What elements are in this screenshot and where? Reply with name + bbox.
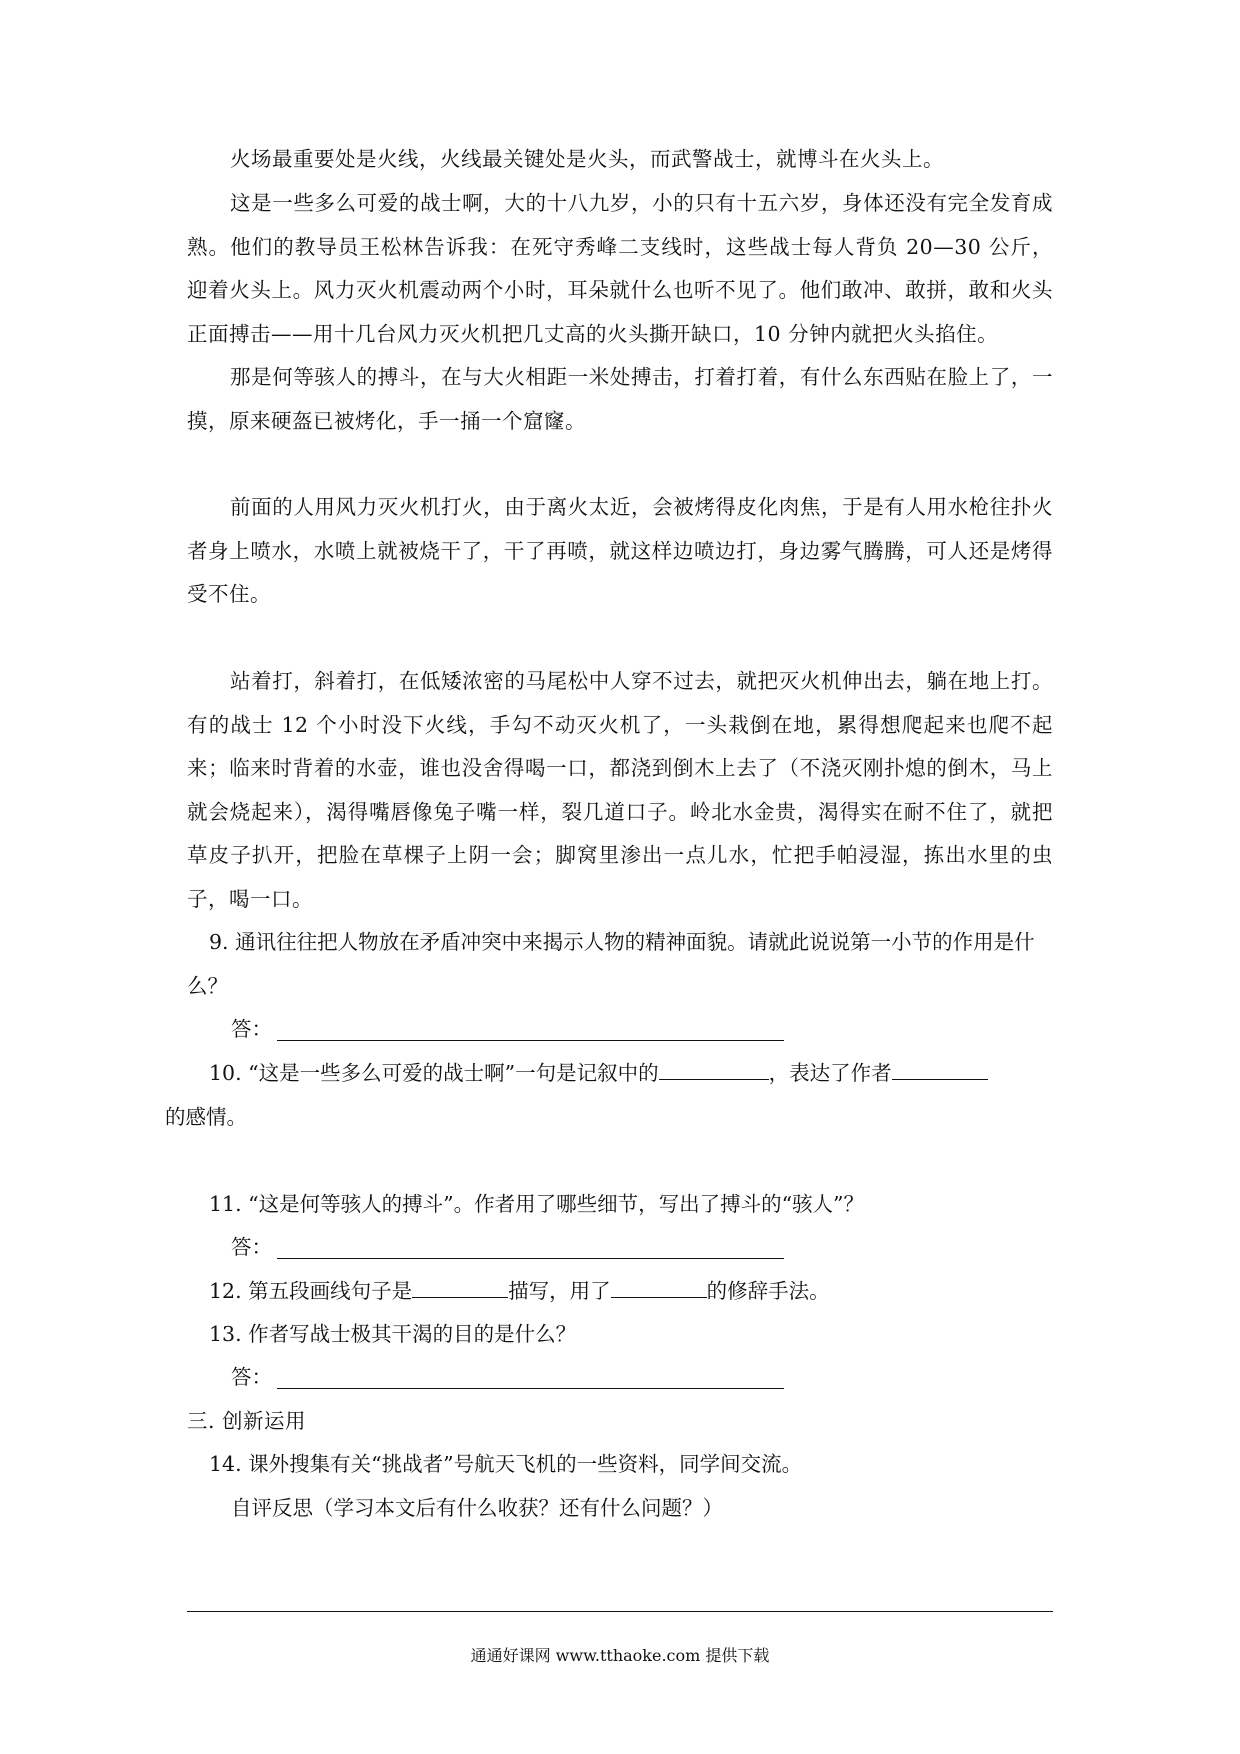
section-3-heading: 三. 创新运用 xyxy=(187,1400,1053,1444)
footer-divider xyxy=(187,1611,1053,1612)
passage-paragraph-5: 站着打，斜着打，在低矮浓密的马尾松中人穿不过去，就把灭火机伸出去，躺在地上打。有… xyxy=(187,660,1053,922)
question-10: 10. “这是一些多么可爱的战士啊”一句是记叙中的，表达了作者的感情。 xyxy=(187,1052,1053,1139)
question-9-answer: 答： xyxy=(231,1008,272,1052)
question-12-part2: 描写，用了 xyxy=(508,1279,611,1303)
passage-paragraph-3: 那是何等骇人的搏斗，在与大火相距一米处搏击，打着打着，有什么东西贴在脸上了，一摸… xyxy=(187,356,1053,443)
question-13: 13. 作者写战士极其干渴的目的是什么？ xyxy=(209,1313,1055,1357)
fill-blank-2[interactable] xyxy=(892,1059,988,1080)
footer-text: 通通好课网 www.tthaoke.com 提供下载 xyxy=(0,1643,1240,1666)
answer-label: 答： xyxy=(231,1017,272,1041)
question-11-answer: 答： xyxy=(231,1226,272,1270)
answer-label: 答： xyxy=(231,1235,272,1259)
question-10-part1: 10. “这是一些多么可爱的战士啊”一句是记叙中的 xyxy=(209,1061,659,1085)
answer-blank-line[interactable] xyxy=(277,1388,784,1389)
question-9: 9. 通讯往往把人物放在矛盾冲突中来揭示人物的精神面貌。请就此说说第一小节的作用… xyxy=(187,921,1053,1008)
answer-blank-line[interactable] xyxy=(277,1258,784,1259)
question-12-part1: 12. 第五段画线句子是 xyxy=(209,1279,412,1303)
question-11: 11. “这是何等骇人的搏斗”。作者用了哪些细节，写出了搏斗的“骇人”？ xyxy=(209,1183,1055,1227)
passage-paragraph-2: 这是一些多么可爱的战士啊，大的十八九岁，小的只有十五六岁，身体还没有完全发育成熟… xyxy=(187,182,1053,356)
question-12-part3: 的修辞手法。 xyxy=(707,1279,830,1303)
question-10-part3: 的感情。 xyxy=(165,1105,247,1129)
question-10-part2: ，表达了作者 xyxy=(769,1061,892,1085)
self-reflection: 自评反思（学习本文后有什么收获？还有什么问题？） xyxy=(231,1487,1077,1531)
question-13-answer: 答： xyxy=(231,1356,272,1400)
answer-blank-line[interactable] xyxy=(277,1040,784,1041)
passage-paragraph-4: 前面的人用风力灭火机打火，由于离火太近，会被烤得皮化肉焦，于是有人用水枪往扑火者… xyxy=(187,486,1053,617)
document-page: 火场最重要处是火线，火线最关键处是火头，而武警战士，就博斗在火头上。 这是一些多… xyxy=(0,0,1240,1754)
question-14: 14. 课外搜集有关“挑战者”号航天飞机的一些资料，同学间交流。 xyxy=(209,1443,1055,1487)
fill-blank-4[interactable] xyxy=(611,1277,707,1298)
answer-label: 答： xyxy=(231,1365,272,1389)
question-12: 12. 第五段画线句子是描写，用了的修辞手法。 xyxy=(209,1270,1055,1314)
fill-blank-1[interactable] xyxy=(659,1059,769,1080)
fill-blank-3[interactable] xyxy=(412,1277,508,1298)
passage-paragraph-1: 火场最重要处是火线，火线最关键处是火头，而武警战士，就博斗在火头上。 xyxy=(187,138,1053,182)
